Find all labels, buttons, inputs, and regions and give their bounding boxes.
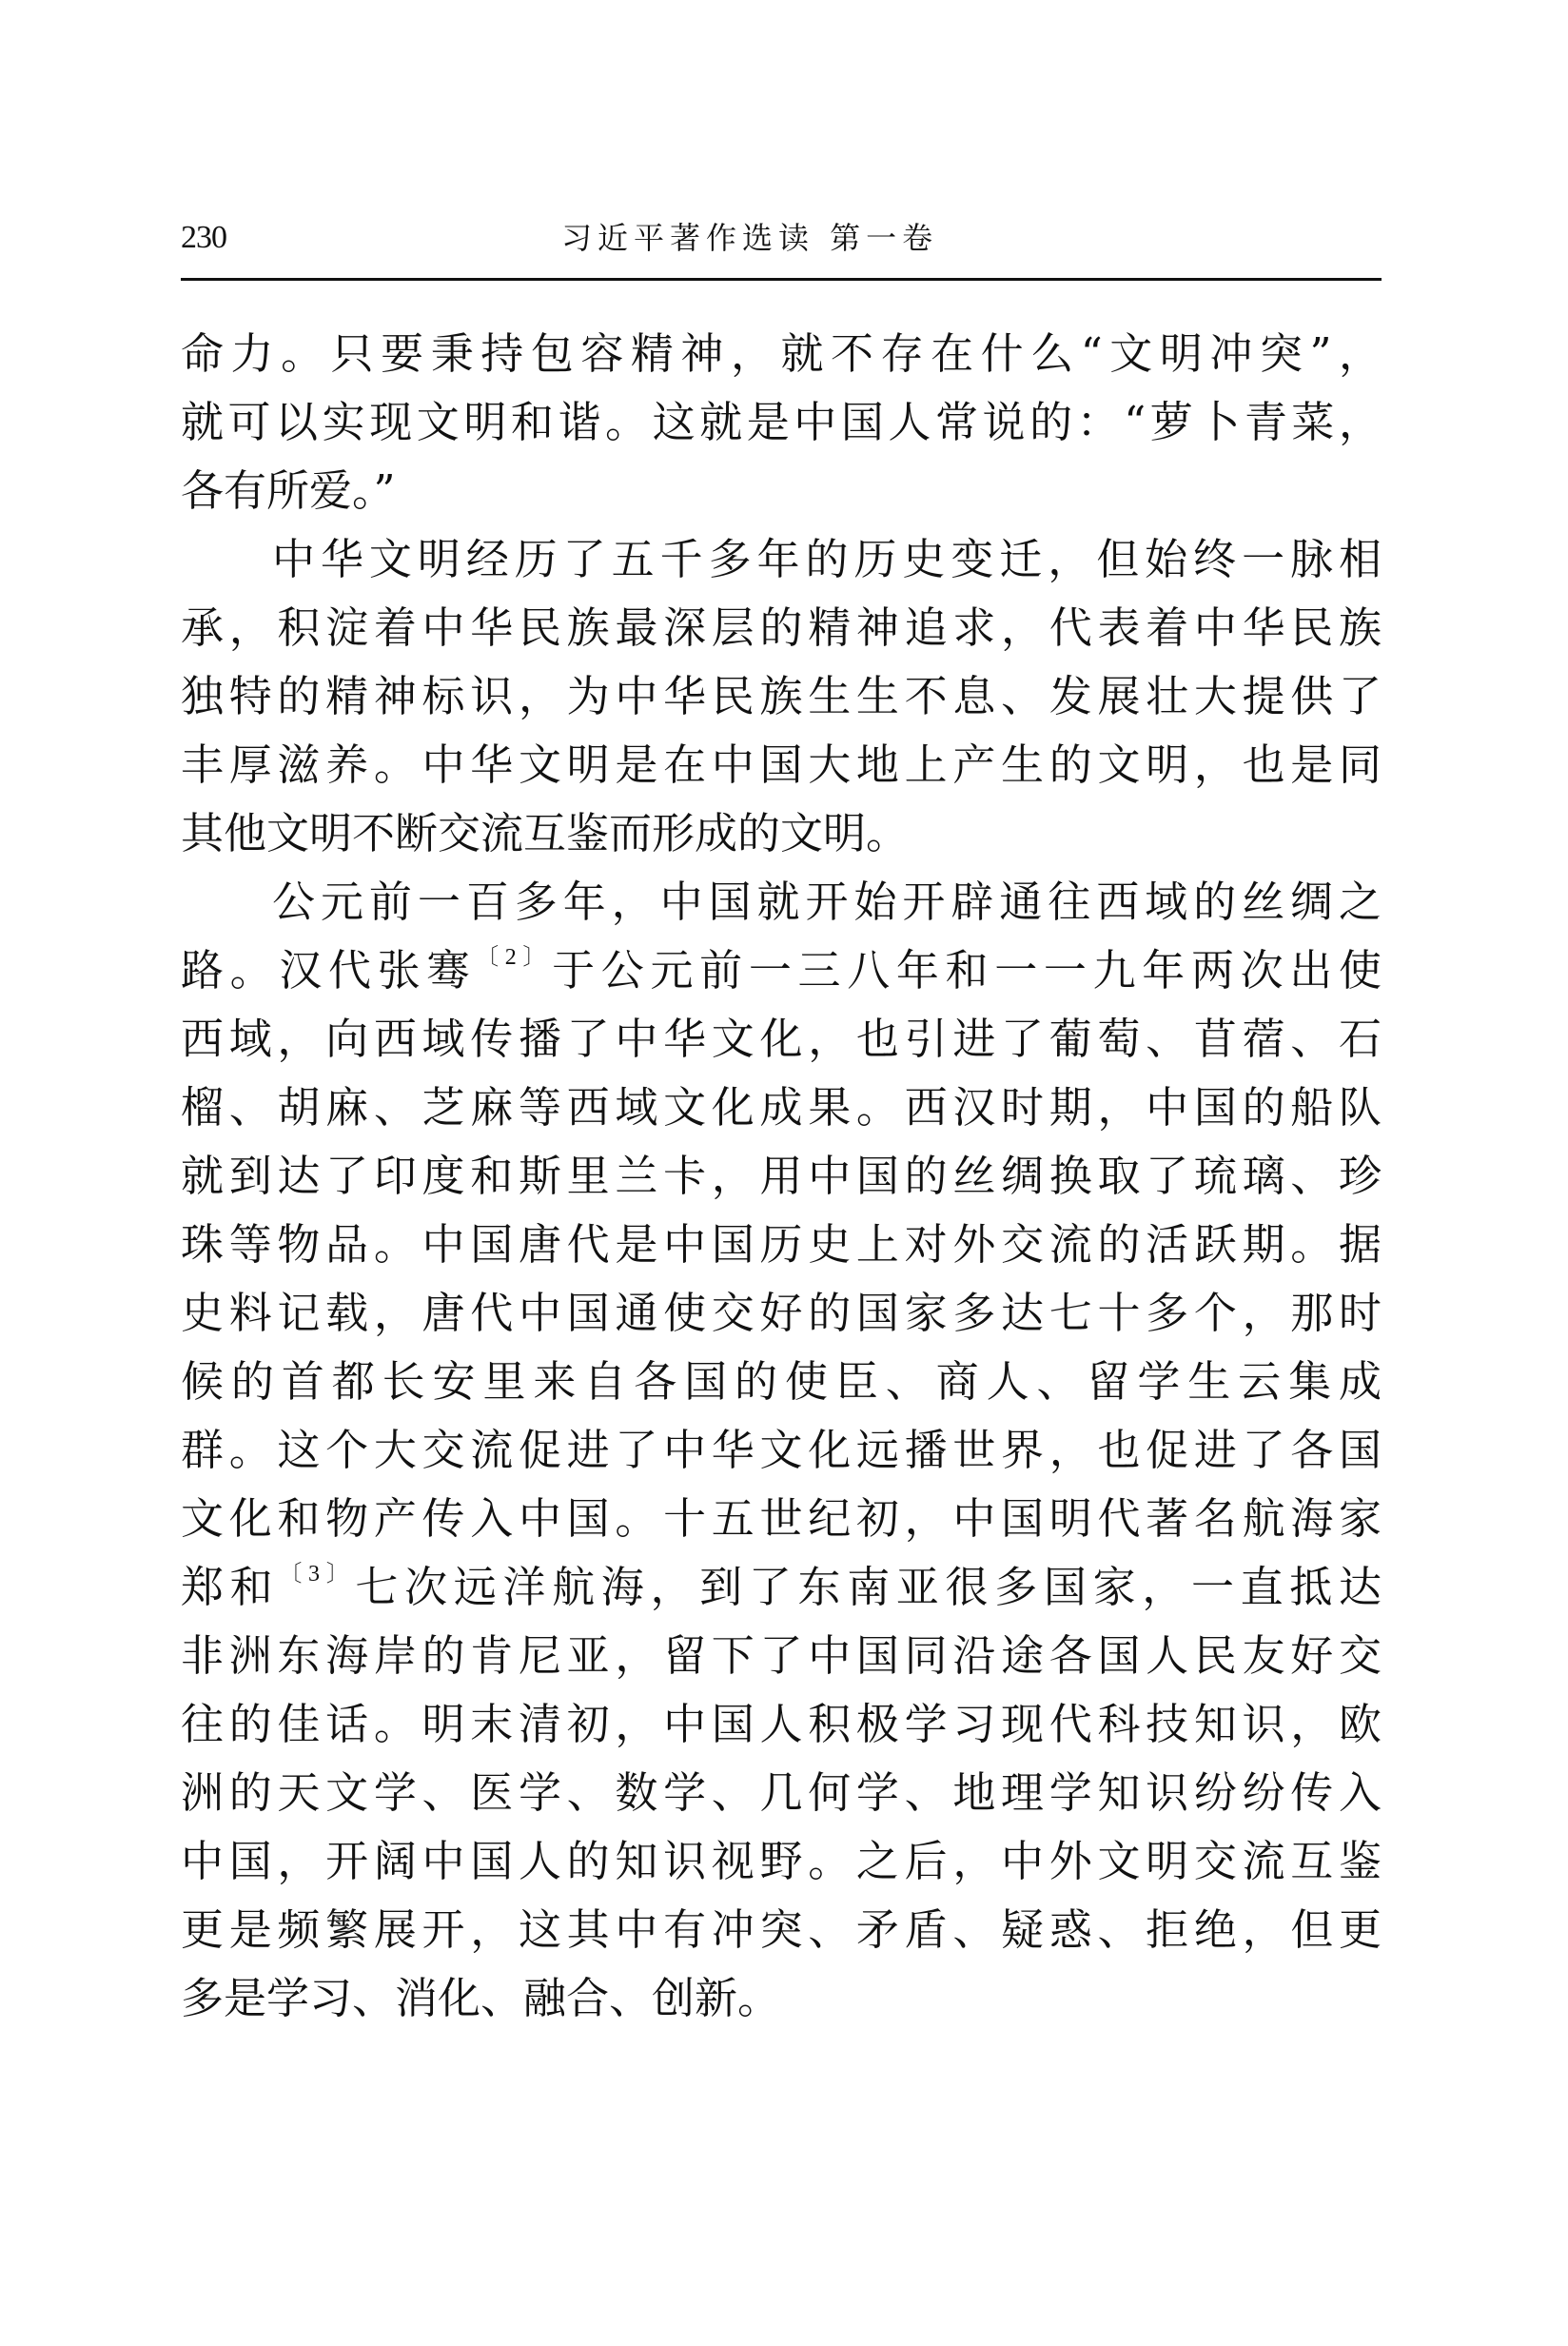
text-line: 独特的精神标识，为中华民族生生不息、发展壮大提供了 (181, 662, 1382, 731)
line-text: 路。汉代张骞 (181, 945, 476, 996)
book-page: 230 习近平著作选读 第一卷 命力。只要秉持包容精神，就不存在什么“文明冲突”… (0, 0, 1568, 2346)
text-line: 洲的天文学、医学、数学、几何学、地理学知识纷纷传入 (181, 1759, 1382, 1827)
text-line: 西域，向西域传播了中华文化，也引进了葡萄、苜蓿、石 (181, 1005, 1382, 1074)
text-line: 更是频繁展开，这其中有冲突、矛盾、疑惑、拒绝，但更 (181, 1896, 1382, 1964)
text-line: 往的佳话。明末清初，中国人积极学习现代科技知识，欧 (181, 1690, 1382, 1759)
page-number: 230 (181, 215, 226, 261)
body-text: 命力。只要秉持包容精神，就不存在什么“文明冲突”， 就可以实现文明和谐。这就是中… (181, 320, 1382, 2033)
text-line-with-footnote: 路。汉代张骞〔2〕于公元前一三八年和一一九年两次出使 (181, 936, 1382, 1005)
text-line: 群。这个大交流促进了中华文化远播世界，也促进了各国 (181, 1416, 1382, 1485)
text-line: 榴、胡麻、芝麻等西域文化成果。西汉时期，中国的船队 (181, 1074, 1382, 1142)
paragraph-3: 公元前一百多年，中国就开始开辟通往西域的丝绸之 路。汉代张骞〔2〕于公元前一三八… (181, 868, 1382, 2033)
text-line: 就到达了印度和斯里兰卡，用中国的丝绸换取了琉璃、珍 (181, 1142, 1382, 1211)
text-line: 公元前一百多年，中国就开始开辟通往西域的丝绸之 (181, 868, 1382, 936)
text-line-with-footnote: 郑和〔3〕七次远洋航海，到了东南亚很多国家，一直抵达 (181, 1553, 1382, 1622)
text-line: 各有所爱。” (181, 457, 1382, 525)
footnote-marker-3[interactable]: 〔3〕 (279, 1562, 355, 1587)
text-line: 命力。只要秉持包容精神，就不存在什么“文明冲突”， (181, 320, 1382, 388)
text-line: 其他文明不断交流互鉴而形成的文明。 (181, 799, 1382, 868)
text-line: 中国，开阔中国人的知识视野。之后，中外文明交流互鉴 (181, 1827, 1382, 1896)
text-line: 中华文明经历了五千多年的历史变迁，但始终一脉相 (181, 525, 1382, 594)
text-line: 候的首都长安里来自各国的使臣、商人、留学生云集成 (181, 1348, 1382, 1416)
text-line: 珠等物品。中国唐代是中国历史上对外交流的活跃期。据 (181, 1211, 1382, 1279)
paragraph-2: 中华文明经历了五千多年的历史变迁，但始终一脉相 承，积淀着中华民族最深层的精神追… (181, 525, 1382, 868)
line-text: 郑和 (181, 1562, 279, 1612)
header-rule (181, 278, 1382, 281)
text-line: 就可以实现文明和谐。这就是中国人常说的：“萝卜青菜， (181, 388, 1382, 457)
line-text: 于公元前一三八年和一一九年两次出使 (552, 945, 1382, 996)
text-line: 丰厚滋养。中华文明是在中国大地上产生的文明，也是同 (181, 731, 1382, 799)
page-header: 230 习近平著作选读 第一卷 (181, 215, 1382, 272)
footnote-marker-2[interactable]: 〔2〕 (476, 945, 552, 970)
line-text: 七次远洋航海，到了东南亚很多国家，一直抵达 (355, 1562, 1382, 1612)
text-line: 承，积淀着中华民族最深层的精神追求，代表着中华民族 (181, 594, 1382, 662)
text-line: 史料记载，唐代中国通使交好的国家多达七十多个，那时 (181, 1279, 1382, 1348)
paragraph-1: 命力。只要秉持包容精神，就不存在什么“文明冲突”， 就可以实现文明和谐。这就是中… (181, 320, 1382, 525)
running-title: 习近平著作选读 第一卷 (561, 215, 1037, 261)
text-line: 非洲东海岸的肯尼亚，留下了中国同沿途各国人民友好交 (181, 1622, 1382, 1690)
text-line: 文化和物产传入中国。十五世纪初，中国明代著名航海家 (181, 1485, 1382, 1553)
text-line: 多是学习、消化、融合、创新。 (181, 1964, 1382, 2033)
